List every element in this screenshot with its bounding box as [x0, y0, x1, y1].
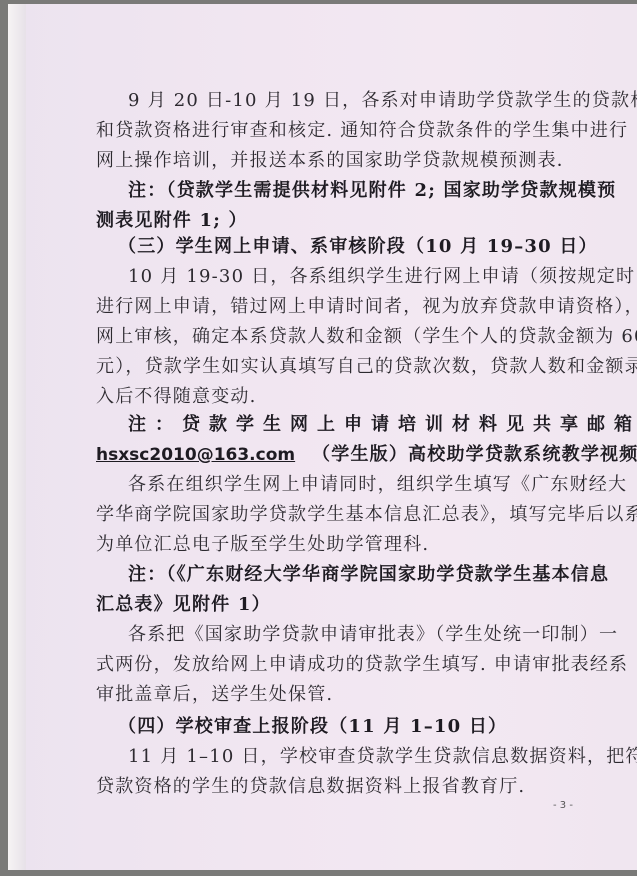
paragraph-line: 10 月 19-30 日，各系组织学生进行网上申请（须按规定时间: [128, 262, 594, 292]
paragraph-line: 贷款资格的学生的贷款信息数据资料上报省教育厅.: [96, 772, 594, 802]
paragraph-line: 为单位汇总电子版至学生处助学管理科.: [96, 530, 594, 560]
page-number: - 3 -: [553, 800, 573, 811]
paragraph-line: 式两份，发放给网上申请成功的贷款学生填写. 申请审批表经系: [96, 650, 594, 680]
paragraph-line: 9 月 20 日-10 月 19 日，各系对申请助学贷款学生的贷款材料: [128, 86, 594, 116]
paragraph-line: 网上操作培训，并报送本系的国家助学贷款规模预测表．: [96, 146, 594, 176]
paragraph-line: 入后不得随意变动.: [96, 382, 594, 412]
paragraph-line: 元），贷款学生如实认真填写自己的贷款次数，贷款人数和金额录: [96, 352, 594, 382]
paragraph-line: 11 月 1–10 日，学校审查贷款学生贷款信息数据资料，把符合: [128, 742, 594, 772]
paragraph-line: 进行网上申请，错过网上申请时间者，视为放弃贷款申请资格），: [96, 292, 594, 322]
note-line: 注：（《广东财经大学华商学院国家助学贷款学生基本信息: [128, 560, 594, 590]
email-link[interactable]: hsxsc2010@163.com: [96, 445, 295, 465]
paragraph-line: 网上审核，确定本系贷款人数和金额（学生个人的贷款金额为 6000: [96, 322, 594, 352]
section-heading-3: （三）学生网上申请、系审核阶段（10 月 19–30 日）: [118, 232, 616, 262]
note-line: 汇总表》见附件 1）: [96, 590, 594, 620]
section-heading-4: （四）学校审查上报阶段（11 月 1–10 日）: [118, 712, 616, 742]
note-line: 注：（贷款学生需提供材料见附件 2; 国家助学贷款规模预: [128, 176, 594, 206]
paragraph-line: 各系把《国家助学贷款申请审批表》（学生处统一印制）一: [128, 620, 594, 650]
paragraph-line: 审批盖章后，送学生处保管.: [96, 680, 594, 710]
paragraph-line: 和贷款资格进行审查和核定. 通知符合贷款条件的学生集中进行: [96, 116, 594, 146]
paragraph-line: 各系在组织学生网上申请同时，组织学生填写《广东财经大: [128, 470, 594, 500]
note-line: 注：贷款学生网上申请培训材料见共享邮箱：: [128, 410, 594, 440]
note-text: （学生版）高校助学贷款系统教学视频: [312, 444, 637, 465]
paragraph-line: 学华商学院国家助学贷款学生基本信息汇总表》，填写完毕后以系: [96, 500, 594, 530]
note-line: hsxsc2010@163.com （学生版）高校助学贷款系统教学视频: [96, 440, 594, 470]
scan-edge: [8, 4, 26, 870]
